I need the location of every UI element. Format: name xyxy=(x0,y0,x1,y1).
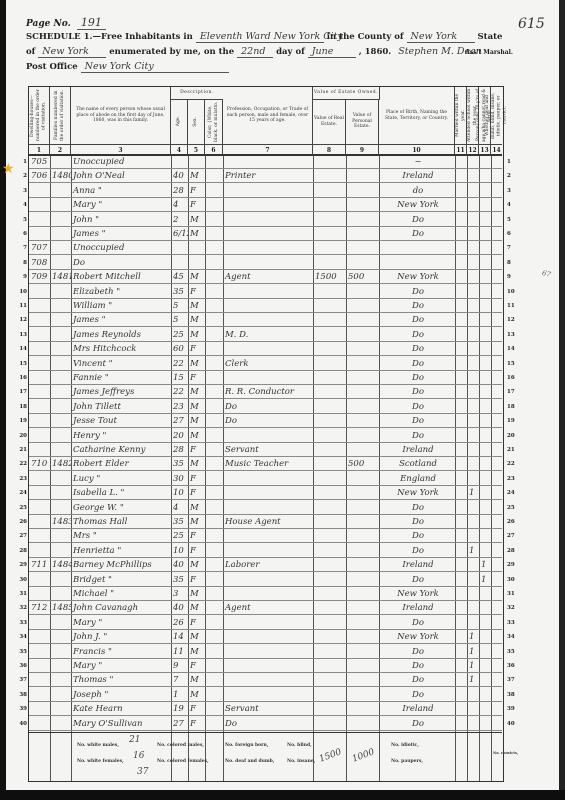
cell-name: Robert Mitchell xyxy=(71,271,171,283)
cell-illiterate xyxy=(479,617,491,629)
cell-real xyxy=(313,415,346,427)
cell-condition xyxy=(491,358,502,370)
cell-age: 5 xyxy=(171,314,188,326)
table-row: 327121485John Cavanagh40MAgentIreland32 xyxy=(29,602,502,615)
cell-sex: M xyxy=(188,271,205,283)
cell-illiterate xyxy=(479,286,491,298)
cell-sex: M xyxy=(188,358,205,370)
col-number: 6 xyxy=(205,144,223,156)
cell-sex: M xyxy=(188,689,205,701)
cell-name: James Reynolds xyxy=(71,329,171,341)
cell-married xyxy=(455,271,467,283)
cell-school: 1 xyxy=(467,487,479,499)
cell-occupation xyxy=(223,286,313,298)
cell-age: 22 xyxy=(171,358,188,370)
cell-family xyxy=(50,300,71,312)
cell-school: 1 xyxy=(467,545,479,557)
cell-real xyxy=(313,718,346,730)
col-number: 3 xyxy=(71,144,171,156)
line-number-right: 27 xyxy=(507,530,519,543)
cell-name: Unoccupied xyxy=(71,242,171,254)
line-number: 8 xyxy=(17,257,27,270)
cell-name: Mrs " xyxy=(71,530,171,542)
cell-age: 35 xyxy=(171,458,188,470)
cell-age xyxy=(171,242,188,254)
cell-real xyxy=(313,530,346,542)
cell-name: Michael " xyxy=(71,588,171,600)
cell-name: Lucy " xyxy=(71,473,171,485)
cell-family xyxy=(50,156,71,168)
cell-color xyxy=(205,214,223,226)
line-number-right: 35 xyxy=(507,646,519,659)
table-row: 15Vincent "22MClerkDo15 xyxy=(29,358,502,371)
cell-dwelling xyxy=(29,646,50,658)
cell-real xyxy=(313,401,346,413)
cell-school xyxy=(467,170,479,182)
cell-dwelling: 708 xyxy=(29,257,50,269)
line-number: 5 xyxy=(17,214,27,227)
cell-real xyxy=(313,660,346,672)
cell-dwelling xyxy=(29,343,50,355)
col-header-age: Age. xyxy=(171,99,188,144)
white-males-label: No. white males, xyxy=(77,743,119,748)
cell-birth: New York xyxy=(379,588,455,600)
cell-school xyxy=(467,343,479,355)
line-number: 6 xyxy=(17,228,27,241)
cell-occupation: Printer xyxy=(223,170,313,182)
cell-birth: Do xyxy=(379,415,455,427)
cell-condition xyxy=(491,458,502,470)
cell-personal xyxy=(346,444,379,456)
cell-illiterate xyxy=(479,473,491,485)
cell-school xyxy=(467,257,479,269)
line-number: 13 xyxy=(17,329,27,342)
cell-sex: M xyxy=(188,386,205,398)
cell-birth xyxy=(379,257,455,269)
cell-condition xyxy=(491,473,502,485)
cell-personal xyxy=(346,689,379,701)
cell-family xyxy=(50,530,71,542)
cell-color xyxy=(205,286,223,298)
cell-sex: F xyxy=(188,343,205,355)
cell-illiterate xyxy=(479,458,491,470)
line-number-right: 36 xyxy=(507,660,519,673)
cell-name: Vincent " xyxy=(71,358,171,370)
table-row: 35Francis "11MDo135 xyxy=(29,646,502,659)
cell-name: James Jeffreys xyxy=(71,386,171,398)
cell-married xyxy=(455,185,467,197)
col-header-sex: Sex. xyxy=(188,99,205,144)
table-row: 27Mrs "25FDo27 xyxy=(29,530,502,543)
cell-color xyxy=(205,545,223,557)
cell-married xyxy=(455,156,467,168)
cell-illiterate xyxy=(479,242,491,254)
cell-real xyxy=(313,329,346,341)
cell-name: Isabella L. " xyxy=(71,487,171,499)
cell-color xyxy=(205,559,223,571)
line-number-right: 24 xyxy=(507,487,519,500)
cell-real xyxy=(313,646,346,658)
cell-occupation: Servant xyxy=(223,703,313,715)
table-row: 13James Reynolds25MM. D.Do13 xyxy=(29,329,502,342)
cell-color xyxy=(205,502,223,514)
personal-estate-total: 1000 xyxy=(351,747,376,764)
cell-illiterate xyxy=(479,372,491,384)
cell-age: 40 xyxy=(171,170,188,182)
line-number: 39 xyxy=(17,703,27,716)
post-office-field: New York City xyxy=(81,61,229,73)
cell-personal xyxy=(346,602,379,614)
cell-occupation: Agent xyxy=(223,271,313,283)
cell-married xyxy=(455,617,467,629)
line-number-right: 4 xyxy=(507,199,519,212)
cell-condition xyxy=(491,185,502,197)
cell-real xyxy=(313,170,346,182)
cell-occupation xyxy=(223,185,313,197)
cell-condition xyxy=(491,602,502,614)
cell-birth xyxy=(379,242,455,254)
col-number: 11 xyxy=(455,144,467,156)
table-row: 33Mary "26FDo33 xyxy=(29,617,502,630)
line-number: 34 xyxy=(17,631,27,644)
cell-condition xyxy=(491,530,502,542)
cell-sex: F xyxy=(188,617,205,629)
cell-sex xyxy=(188,242,205,254)
cell-sex: M xyxy=(188,602,205,614)
cell-name: Anna " xyxy=(71,185,171,197)
cell-illiterate xyxy=(479,214,491,226)
cell-illiterate xyxy=(479,343,491,355)
table-row: 25George W. "4MDo25 xyxy=(29,502,502,515)
cell-birth: Do xyxy=(379,329,455,341)
cell-birth: ~ xyxy=(379,156,455,168)
cell-school xyxy=(467,401,479,413)
table-row: 19Jesse Tout27MDoDo19 xyxy=(29,415,502,428)
col-number: 2 xyxy=(50,144,71,156)
cell-personal xyxy=(346,617,379,629)
cell-real xyxy=(313,199,346,211)
scan-edge-bottom xyxy=(0,790,565,800)
cell-name: John O'Neal xyxy=(71,170,171,182)
cell-age: 9 xyxy=(171,660,188,672)
cell-illiterate xyxy=(479,674,491,686)
line-number: 36 xyxy=(17,660,27,673)
table-row: 16Fannie "15FDo16 xyxy=(29,372,502,385)
marshal-field: Stephen M. Dean xyxy=(394,46,462,57)
cell-name: John Tillett xyxy=(71,401,171,413)
col-header-real-estate: Value of Real Estate. xyxy=(313,99,346,144)
cell-married xyxy=(455,487,467,499)
cell-occupation xyxy=(223,300,313,312)
cell-age: 25 xyxy=(171,530,188,542)
col-number: 5 xyxy=(188,144,205,156)
cell-married xyxy=(455,358,467,370)
line-number-right: 7 xyxy=(507,242,519,255)
cell-illiterate xyxy=(479,703,491,715)
cell-birth: Do xyxy=(379,674,455,686)
cell-school xyxy=(467,574,479,586)
cell-condition xyxy=(491,502,502,514)
cell-age: 28 xyxy=(171,185,188,197)
cell-dwelling xyxy=(29,314,50,326)
cell-married xyxy=(455,502,467,514)
line-number: 30 xyxy=(17,574,27,587)
cell-occupation xyxy=(223,646,313,658)
cell-family xyxy=(50,430,71,442)
table-row: 1705Unoccupied~1 xyxy=(29,156,502,169)
cell-color xyxy=(205,530,223,542)
cell-color xyxy=(205,257,223,269)
of-label: of xyxy=(26,47,35,57)
schedule-title-line: SCHEDULE 1.—Free Inhabitants in Eleventh… xyxy=(26,31,502,43)
cell-school xyxy=(467,386,479,398)
line-number: 21 xyxy=(17,444,27,457)
cell-real xyxy=(313,314,346,326)
cell-color xyxy=(205,458,223,470)
cell-birth: Scotland xyxy=(379,458,455,470)
cell-married xyxy=(455,415,467,427)
cell-real xyxy=(313,631,346,643)
cell-condition xyxy=(491,300,502,312)
cell-personal xyxy=(346,588,379,600)
cell-age: 27 xyxy=(171,415,188,427)
cell-real xyxy=(313,559,346,571)
cell-name: Henrietta " xyxy=(71,545,171,557)
line-number-right: 30 xyxy=(507,574,519,587)
cell-illiterate xyxy=(479,314,491,326)
cell-birth: Do xyxy=(379,718,455,730)
col-number: 9 xyxy=(346,144,379,156)
cell-married xyxy=(455,329,467,341)
cell-real xyxy=(313,458,346,470)
cell-birth: Do xyxy=(379,574,455,586)
cell-dwelling: 707 xyxy=(29,242,50,254)
line-number-right: 28 xyxy=(507,545,519,558)
cell-married xyxy=(455,530,467,542)
cell-illiterate xyxy=(479,199,491,211)
cell-name: Joseph " xyxy=(71,689,171,701)
cell-illiterate xyxy=(479,156,491,168)
cell-age: 35 xyxy=(171,286,188,298)
line-number-right: 20 xyxy=(507,430,519,443)
star-bookmark-icon[interactable]: ★ xyxy=(2,162,15,176)
cell-birth: Do xyxy=(379,214,455,226)
cell-occupation xyxy=(223,242,313,254)
table-row: 7707Unoccupied7 xyxy=(29,242,502,255)
cell-condition xyxy=(491,214,502,226)
line-number-right: 9 xyxy=(507,271,519,284)
cell-name: Do xyxy=(71,257,171,269)
cell-real: 1500 xyxy=(313,271,346,283)
cell-family xyxy=(50,343,71,355)
cell-personal xyxy=(346,430,379,442)
cell-age: 20 xyxy=(171,430,188,442)
cell-occupation xyxy=(223,430,313,442)
cell-color xyxy=(205,185,223,197)
cell-school xyxy=(467,703,479,715)
cell-birth: Do xyxy=(379,314,455,326)
cell-personal xyxy=(346,703,379,715)
col-number: 4 xyxy=(171,144,188,156)
cell-personal xyxy=(346,415,379,427)
cell-name: John " xyxy=(71,214,171,226)
cell-color xyxy=(205,228,223,240)
cell-dwelling xyxy=(29,430,50,442)
line-number-right: 18 xyxy=(507,401,519,414)
cell-condition xyxy=(491,703,502,715)
line-number-right: 32 xyxy=(507,602,519,615)
cell-color xyxy=(205,574,223,586)
cell-illiterate xyxy=(479,185,491,197)
cell-personal xyxy=(346,300,379,312)
cell-dwelling xyxy=(29,444,50,456)
cell-dwelling xyxy=(29,185,50,197)
cell-sex: F xyxy=(188,473,205,485)
cell-illiterate xyxy=(479,401,491,413)
cell-name: Jesse Tout xyxy=(71,415,171,427)
idiotic-label: No. idiotic, xyxy=(391,743,419,748)
table-row: 39Kate Hearn19FServantIreland39 xyxy=(29,703,502,716)
cell-dwelling: 710 xyxy=(29,458,50,470)
table-row: 20Henry "20MDo20 xyxy=(29,430,502,443)
cell-personal xyxy=(346,199,379,211)
cell-color xyxy=(205,718,223,730)
cell-age: 14 xyxy=(171,631,188,643)
col-header-birthplace: Place of Birth, Naming the State, Territ… xyxy=(379,87,455,144)
cell-condition xyxy=(491,660,502,672)
col-number: 12 xyxy=(467,144,479,156)
cell-birth: New York xyxy=(379,199,455,211)
cell-condition xyxy=(491,228,502,240)
cell-dwelling xyxy=(29,358,50,370)
cell-condition xyxy=(491,286,502,298)
line-number-right: 40 xyxy=(507,718,519,731)
state-field: New York xyxy=(38,46,106,58)
cell-school xyxy=(467,358,479,370)
cell-married xyxy=(455,314,467,326)
cell-birth: New York xyxy=(379,631,455,643)
cell-dwelling xyxy=(29,718,50,730)
cell-condition xyxy=(491,156,502,168)
cell-occupation: Agent xyxy=(223,602,313,614)
table-row: 97091481Robert Mitchell45MAgent1500500Ne… xyxy=(29,271,502,284)
cell-real xyxy=(313,545,346,557)
cell-age: 22 xyxy=(171,386,188,398)
cell-age: 45 xyxy=(171,271,188,283)
cell-condition xyxy=(491,718,502,730)
cell-birth: Do xyxy=(379,228,455,240)
cell-occupation xyxy=(223,660,313,672)
insane-label: No. insane, xyxy=(287,759,315,764)
cell-color xyxy=(205,660,223,672)
table-row: 3Anna "28Fdo3 xyxy=(29,185,502,198)
cell-condition xyxy=(491,199,502,211)
cell-dwelling: 705 xyxy=(29,156,50,168)
cell-color xyxy=(205,386,223,398)
cell-dwelling xyxy=(29,329,50,341)
table-row: 34John J. "14MNew York134 xyxy=(29,631,502,644)
col-number: 10 xyxy=(379,144,455,156)
cell-name: Catharine Kenny xyxy=(71,444,171,456)
cell-age: 35 xyxy=(171,574,188,586)
cell-illiterate xyxy=(479,257,491,269)
cell-real xyxy=(313,502,346,514)
cell-condition xyxy=(491,588,502,600)
table-row: 27061480John O'Neal40MPrinterIreland2 xyxy=(29,170,502,183)
cell-school xyxy=(467,214,479,226)
cell-married xyxy=(455,214,467,226)
cell-age: 1 xyxy=(171,689,188,701)
cell-real xyxy=(313,300,346,312)
cell-illiterate xyxy=(479,502,491,514)
cell-illiterate xyxy=(479,300,491,312)
cell-name: Barney McPhillips xyxy=(71,559,171,571)
table-row: 38Joseph "1MDo38 xyxy=(29,689,502,702)
cell-married xyxy=(455,343,467,355)
table-row: 11William "5MDo11 xyxy=(29,300,502,313)
cell-occupation xyxy=(223,545,313,557)
census-page: Page No. 191 615 SCHEDULE 1.—Free Inhabi… xyxy=(6,0,559,790)
cell-dwelling: 712 xyxy=(29,602,50,614)
cell-sex: F xyxy=(188,286,205,298)
cell-real xyxy=(313,372,346,384)
cell-sex: M xyxy=(188,588,205,600)
cell-birth: Do xyxy=(379,286,455,298)
post-office-line: Post Office New York City xyxy=(26,61,229,73)
cell-personal xyxy=(346,559,379,571)
cell-personal xyxy=(346,386,379,398)
cell-family xyxy=(50,473,71,485)
cell-real xyxy=(313,156,346,168)
line-number: 17 xyxy=(17,386,27,399)
cell-color xyxy=(205,401,223,413)
cell-real xyxy=(313,343,346,355)
colored-males-label: No. colored males, xyxy=(157,743,204,748)
line-number: 27 xyxy=(17,530,27,543)
cell-illiterate xyxy=(479,487,491,499)
line-number: 4 xyxy=(17,199,27,212)
deaf-dumb-label: No. deaf and dumb, xyxy=(225,759,274,764)
cell-sex: M xyxy=(188,300,205,312)
cell-age: 5 xyxy=(171,300,188,312)
cell-personal xyxy=(346,314,379,326)
month-field: June xyxy=(308,46,356,58)
cell-dwelling xyxy=(29,473,50,485)
col-number: 14 xyxy=(491,144,502,156)
inhabitants-total: 37 xyxy=(137,767,148,777)
cell-color xyxy=(205,689,223,701)
cell-school: 1 xyxy=(467,646,479,658)
line-number-right: 31 xyxy=(507,588,519,601)
page-number-label: Page No. xyxy=(26,19,71,29)
post-office-label: Post Office xyxy=(26,62,78,72)
cell-occupation: Laborer xyxy=(223,559,313,571)
cell-dwelling: 709 xyxy=(29,271,50,283)
cell-married xyxy=(455,286,467,298)
cell-occupation: Do xyxy=(223,718,313,730)
cell-personal xyxy=(346,473,379,485)
cell-family xyxy=(50,372,71,384)
cell-occupation xyxy=(223,502,313,514)
cell-age: 23 xyxy=(171,401,188,413)
cell-sex: M xyxy=(188,458,205,470)
cell-sex xyxy=(188,156,205,168)
cell-school xyxy=(467,718,479,730)
cell-color xyxy=(205,674,223,686)
cell-condition xyxy=(491,170,502,182)
table-row: 10Elizabeth "35FDo10 xyxy=(29,286,502,299)
cell-school xyxy=(467,185,479,197)
